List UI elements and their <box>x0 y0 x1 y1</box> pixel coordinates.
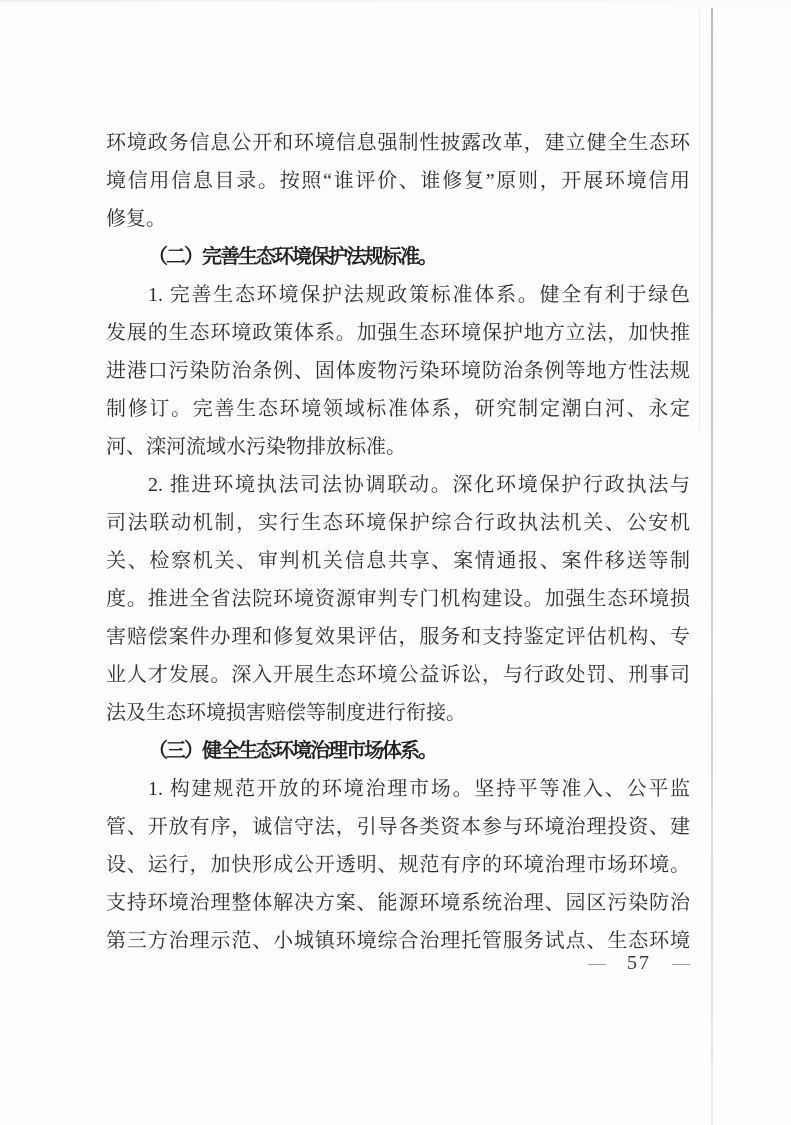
footer-dash-left: — <box>588 953 606 973</box>
text-line: 境信用信息目录。按照“谁评价、谁修复”原则，开展环境信用 <box>106 162 690 200</box>
text-line: 进港口污染防治条例、固体废物污染环境防治条例等地方性法规 <box>106 352 690 390</box>
text-line: 2. 推进环境执法司法协调联动。深化环境保护行政执法与 <box>106 466 690 504</box>
text-line: 修复。 <box>106 200 690 238</box>
document-body: 环境政务信息公开和环境信息强制性披露改革，建立健全生态环 境信用信息目录。按照“… <box>106 124 690 960</box>
text-line: 业人才发展。深入开展生态环境公益诉讼，与行政处罚、刑事司 <box>106 656 690 694</box>
scan-artifact-line <box>711 8 713 1125</box>
text-line: 支持环境治理整体解决方案、能源环境系统治理、园区污染防治 <box>106 884 690 922</box>
page-number-value: 57 <box>627 952 651 974</box>
text-line: 司法联动机制，实行生态环境保护综合行政执法机关、公安机 <box>106 504 690 542</box>
text-line: 设、运行，加快形成公开透明、规范有序的环境治理市场环境。 <box>106 846 690 884</box>
section-heading: （二）完善生态环境保护法规标准。 <box>106 238 690 276</box>
section-heading: （三）健全生态环境治理市场体系。 <box>106 732 690 770</box>
text-line: 害赔偿案件办理和修复效果评估，服务和支持鉴定评估机构、专 <box>106 618 690 656</box>
text-line: 河、滦河流域水污染物排放标准。 <box>106 428 690 466</box>
text-line: 度。推进全省法院环境资源审判专门机构建设。加强生态环境损 <box>106 580 690 618</box>
scanned-document-page: 环境政务信息公开和环境信息强制性披露改革，建立健全生态环 境信用信息目录。按照“… <box>0 0 791 1125</box>
footer-dash-right: — <box>672 953 690 973</box>
text-line: 制修订。完善生态环境领域标准体系，研究制定潮白河、永定 <box>106 390 690 428</box>
scan-top-edge-artifact <box>0 0 791 2</box>
text-line: 环境政务信息公开和环境信息强制性披露改革，建立健全生态环 <box>106 124 690 162</box>
scan-artifact-line-faint <box>699 10 700 430</box>
text-line: 管、开放有序，诚信守法，引导各类资本参与环境治理投资、建 <box>106 808 690 846</box>
text-line: 发展的生态环境政策体系。加强生态环境保护地方立法，加快推 <box>106 314 690 352</box>
text-line: 1. 构建规范开放的环境治理市场。坚持平等准入、公平监 <box>106 770 690 808</box>
text-line: 关、检察机关、审判机关信息共享、案情通报、案件移送等制 <box>106 542 690 580</box>
text-line: 1. 完善生态环境保护法规政策标准体系。健全有利于绿色 <box>106 276 690 314</box>
page-number: — 57 — <box>588 948 690 978</box>
text-line: 法及生态环境损害赔偿等制度进行衔接。 <box>106 694 690 732</box>
